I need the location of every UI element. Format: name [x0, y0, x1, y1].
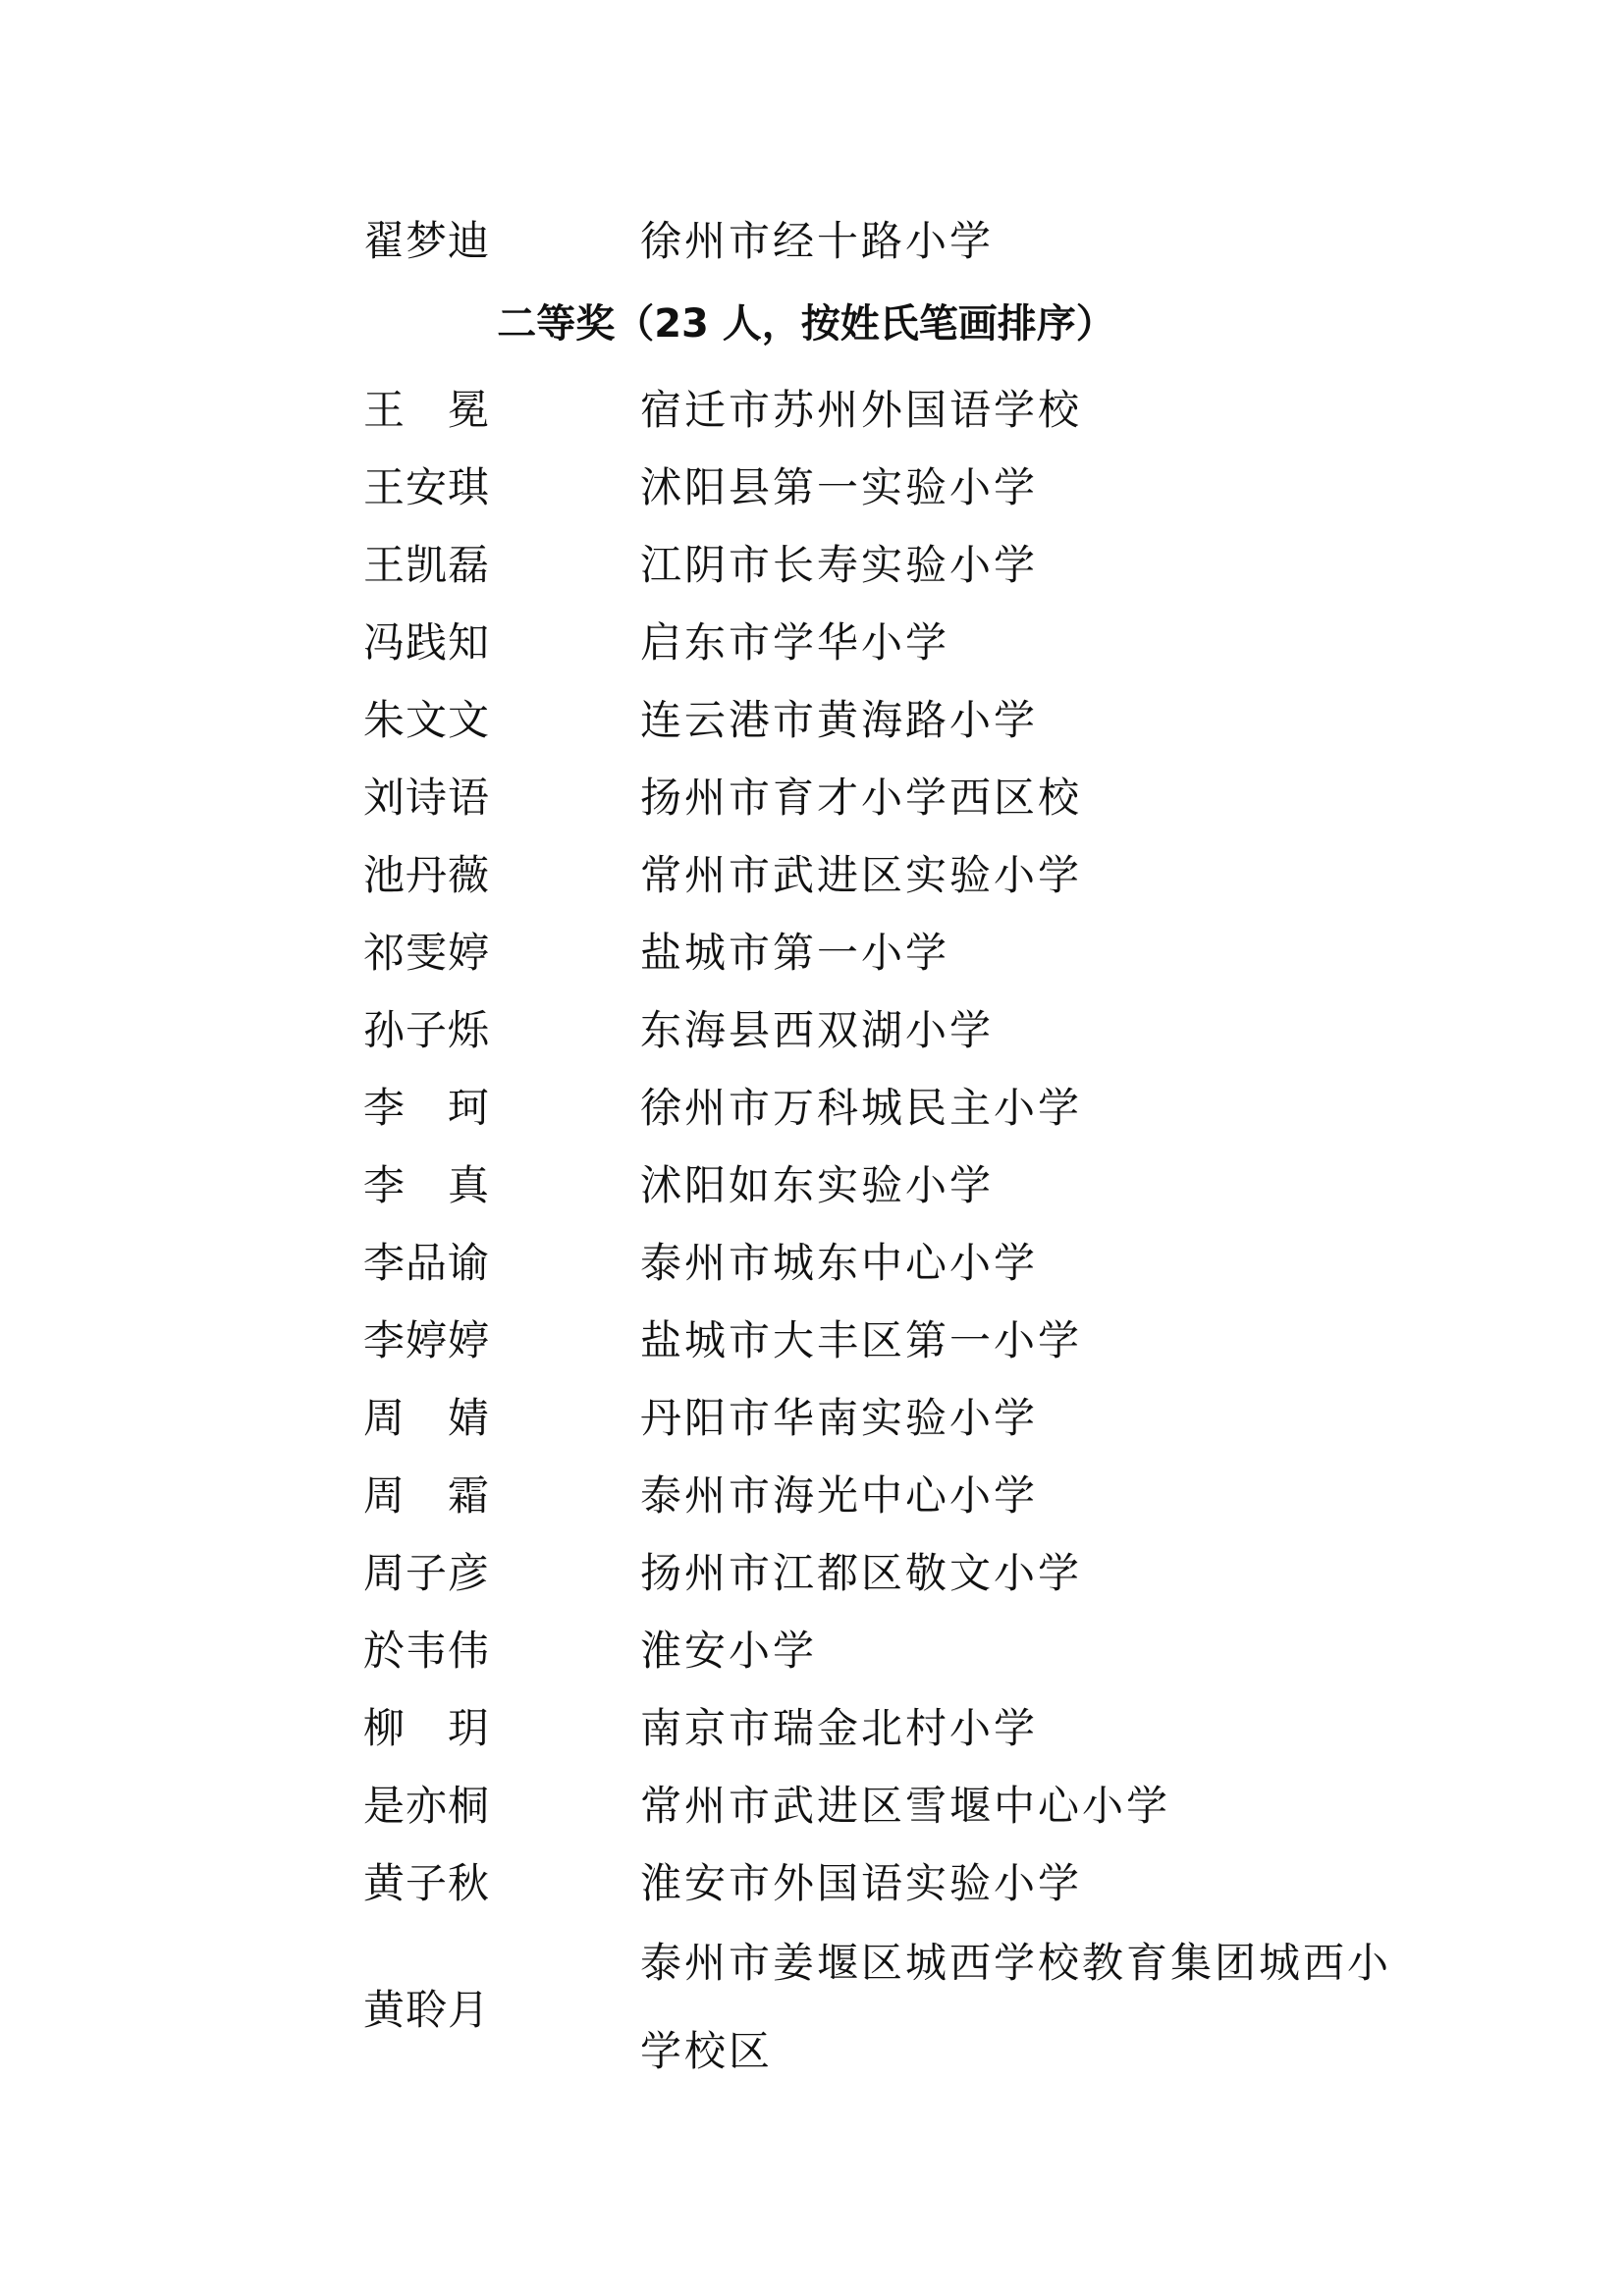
- entry-school: 淮安小学: [640, 1622, 817, 1681]
- entry-school: 南京市瑞金北村小学: [640, 1699, 1038, 1758]
- entry-row: 孙子烁 东海县西双湖小学: [0, 1001, 1624, 1060]
- entry-school: 江阴市长寿实验小学: [640, 536, 1038, 595]
- entry-name: 黄聆月: [363, 1981, 490, 2040]
- entry-school: 沭阳如东实验小学: [640, 1156, 994, 1215]
- entry-school: 徐州市万科城民主小学: [640, 1079, 1082, 1138]
- entry-school: 常州市武进区雪堰中心小学: [640, 1777, 1170, 1836]
- entry-school-line-1: 泰州市姜堰区城西学校教育集团城西小: [640, 1934, 1391, 1993]
- entry-row: 王安琪 沭阳县第一实验小学: [0, 458, 1624, 517]
- entry-row: 柳 玥 南京市瑞金北村小学: [0, 1699, 1624, 1758]
- entry-row: 池丹薇 常州市武进区实验小学: [0, 846, 1624, 905]
- entry-name: 朱文文: [363, 691, 490, 750]
- entry-row: 是亦桐 常州市武进区雪堰中心小学: [0, 1777, 1624, 1836]
- entry-row: 李 珂 徐州市万科城民主小学: [0, 1079, 1624, 1138]
- entry-school: 启东市学华小学: [640, 614, 949, 672]
- entry-school: 扬州市育才小学西区校: [640, 769, 1082, 828]
- carryover-entry-row: 翟梦迪 徐州市经十路小学: [0, 212, 1624, 271]
- entry-name: 池丹薇: [363, 846, 490, 905]
- entry-school: 泰州市城东中心小学: [640, 1234, 1038, 1293]
- entry-school: 泰州市海光中心小学: [640, 1467, 1038, 1525]
- entry-name: 王凯磊: [363, 536, 490, 595]
- entry-school: 盐城市第一小学: [640, 924, 949, 983]
- entry-school: 淮安市外国语实验小学: [640, 1854, 1082, 1913]
- entry-row: 祁雯婷 盐城市第一小学: [0, 924, 1624, 983]
- entry-school: 徐州市经十路小学: [640, 212, 994, 271]
- entry-row: 周 婧 丹阳市华南实验小学: [0, 1389, 1624, 1448]
- entry-name: 王安琪: [363, 458, 490, 517]
- entry-name: 周子彦: [363, 1544, 490, 1603]
- document-page: 翟梦迪 徐州市经十路小学 二等奖（23 人，按姓氏笔画排序） 王 冕 宿迁市苏州…: [0, 0, 1624, 2296]
- entry-row: 李品谕 泰州市城东中心小学: [0, 1234, 1624, 1293]
- entry-school-line-2: 学校区: [640, 2022, 773, 2081]
- entry-row: 於韦伟 淮安小学: [0, 1622, 1624, 1681]
- entry-name: 於韦伟: [363, 1622, 490, 1681]
- entry-name: 冯践知: [363, 614, 490, 672]
- entry-name: 李 珂: [363, 1079, 490, 1138]
- entry-row: 朱文文 连云港市黄海路小学: [0, 691, 1624, 750]
- entry-row: 黄聆月 泰州市姜堰区城西学校教育集团城西小 学校区: [0, 1934, 1624, 2091]
- entry-school: 盐城市大丰区第一小学: [640, 1311, 1082, 1370]
- section-heading-text: 二等奖（23 人，按姓氏笔画排序）: [497, 301, 1115, 347]
- entry-name: 周 霜: [363, 1467, 490, 1525]
- entry-school: 丹阳市华南实验小学: [640, 1389, 1038, 1448]
- entry-row: 王 冕 宿迁市苏州外国语学校: [0, 381, 1624, 440]
- entry-school: 宿迁市苏州外国语学校: [640, 381, 1082, 440]
- entry-row: 刘诗语 扬州市育才小学西区校: [0, 769, 1624, 828]
- entry-row: 周 霜 泰州市海光中心小学: [0, 1467, 1624, 1525]
- entry-school: 扬州市江都区敬文小学: [640, 1544, 1082, 1603]
- entry-row: 王凯磊 江阴市长寿实验小学: [0, 536, 1624, 595]
- entry-row: 冯践知 启东市学华小学: [0, 614, 1624, 672]
- section-heading: 二等奖（23 人，按姓氏笔画排序）: [0, 294, 1624, 353]
- entry-name: 李 真: [363, 1156, 490, 1215]
- entry-name: 翟梦迪: [363, 212, 490, 271]
- entry-row: 李 真 沭阳如东实验小学: [0, 1156, 1624, 1215]
- entry-school: 沭阳县第一实验小学: [640, 458, 1038, 517]
- entry-name: 周 婧: [363, 1389, 490, 1448]
- entry-name: 柳 玥: [363, 1699, 490, 1758]
- entry-name: 李婷婷: [363, 1311, 490, 1370]
- entry-row: 周子彦 扬州市江都区敬文小学: [0, 1544, 1624, 1603]
- entry-school: 东海县西双湖小学: [640, 1001, 994, 1060]
- entry-name: 王 冕: [363, 381, 490, 440]
- entry-name: 是亦桐: [363, 1777, 490, 1836]
- entry-name: 孙子烁: [363, 1001, 490, 1060]
- entry-name: 祁雯婷: [363, 924, 490, 983]
- entry-school: 常州市武进区实验小学: [640, 846, 1082, 905]
- entry-row: 李婷婷 盐城市大丰区第一小学: [0, 1311, 1624, 1370]
- entry-school: 连云港市黄海路小学: [640, 691, 1038, 750]
- entry-row: 黄子秋 淮安市外国语实验小学: [0, 1854, 1624, 1913]
- entry-name: 李品谕: [363, 1234, 490, 1293]
- entry-name: 黄子秋: [363, 1854, 490, 1913]
- entry-name: 刘诗语: [363, 769, 490, 828]
